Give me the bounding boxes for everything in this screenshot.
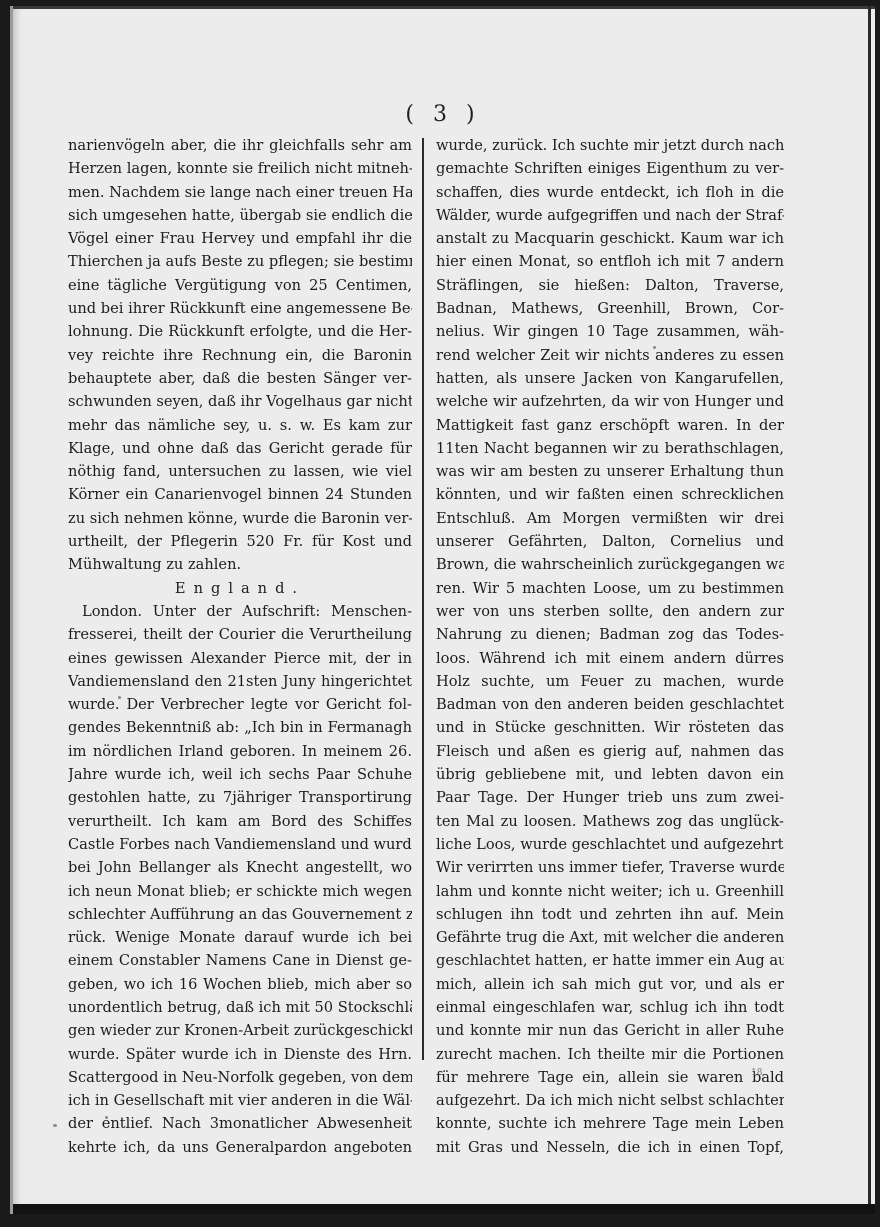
text-line: Badnan, Mathews, Greenhill, Brown, Cor- (436, 297, 784, 320)
text-line: urtheilt, der Pflegerin 520 Fr. für Kost… (68, 530, 412, 553)
text-line: unserer Gefährten, Dalton, Cornelius und (436, 530, 784, 553)
text-line: Vögel einer Frau Hervey und empfahl ihr … (68, 227, 412, 250)
text-line: Klage, und ohne daß das Gericht gerade f… (68, 437, 412, 460)
text-line: wurde, zurück. Ich suchte mir jetzt durc… (436, 134, 784, 157)
text-line: lohnung. Die Rückkunft erfolgte, und die… (68, 320, 412, 343)
paper-speck (53, 1124, 57, 1127)
text-line: zu sich nehmen könne, wurde die Baronin … (68, 507, 412, 530)
text-line: gen wieder zur Kronen-Arbeit zurückgesch… (68, 1019, 412, 1042)
text-line: eines gewissen Alexander Pierce mit, der… (68, 647, 412, 670)
text-line: mehr das nämliche sey, u. s. w. Es kam z… (68, 414, 412, 437)
text-line: nelius. Wir gingen 10 Tage zusammen, wäh… (436, 320, 784, 343)
text-line: Scattergood in Neu-Norfolk gegeben, von … (68, 1066, 412, 1089)
page-top-edge (13, 6, 875, 9)
text-line: Brown, die wahrscheinlich zurückgegangen… (436, 553, 784, 576)
text-line: London. Unter der Aufschrift: Menschen- (68, 600, 412, 623)
text-line: ren. Wir 5 machten Loose, um zu bestimme… (436, 577, 784, 600)
text-line: lahm und konnte nicht weiter; ich u. Gre… (436, 880, 784, 903)
text-line: einem Constabler Namens Cane in Dienst g… (68, 949, 412, 972)
text-line: Nahrung zu dienen; Badman zog das Todes- (436, 623, 784, 646)
text-line: ich in Gesellschaft mit vier anderen in … (68, 1089, 412, 1112)
section-heading: England. (68, 577, 412, 600)
text-line: für mehrere Tage ein, allein sie waren b… (436, 1066, 784, 1089)
text-line: geschlachtet hatten, er hatte immer ein … (436, 949, 784, 972)
text-line: hier einen Monat, so entfloh ich mit 7 a… (436, 250, 784, 273)
scanned-page: ( 3 ) narienvögeln aber, die ihr gleichf… (10, 6, 875, 1214)
text-line: kehrte ich, da uns Generalpardon angebot… (68, 1136, 412, 1159)
text-line: einmal eingeschlafen war, schlug ich ihn… (436, 996, 784, 1019)
text-line: und in Stücke geschnitten. Wir rösteten … (436, 716, 784, 739)
text-line: narienvögeln aber, die ihr gleichfalls s… (68, 134, 412, 157)
page-number: ( 3 ) (393, 102, 493, 127)
text-line: verurtheilt. Ich kam am Bord des Schiffe… (68, 810, 412, 833)
text-line: wer von uns sterben sollte, den andern z… (436, 600, 784, 623)
paper-speck (653, 346, 656, 349)
text-line: Sträflingen, sie hießen: Dalton, Travers… (436, 274, 784, 297)
text-line: anstalt zu Macquarin geschickt. Kaum war… (436, 227, 784, 250)
text-line: schlechter Aufführung an das Gouvernemen… (68, 903, 412, 926)
paper-speck (105, 1116, 108, 1119)
text-line: Paar Tage. Der Hunger trieb uns zum zwei… (436, 786, 784, 809)
text-line: behauptete aber, daß die besten Sänger v… (68, 367, 412, 390)
text-line: Mattigkeit fast ganz erschöpft waren. In… (436, 414, 784, 437)
text-line: hatten, als unsere Jacken von Kangarufel… (436, 367, 784, 390)
text-line: nöthig fand, untersuchen zu lassen, wie … (68, 460, 412, 483)
left-column: narienvögeln aber, die ihr gleichfalls s… (68, 134, 412, 1159)
text-line: schwunden seyen, daß ihr Vogelhaus gar n… (68, 390, 412, 413)
text-line: Fleisch und aßen es gierig auf, nahmen d… (436, 740, 784, 763)
text-line: welche wir aufzehrten, da wir von Hunger… (436, 390, 784, 413)
text-line: und bei ihrer Rückkunft eine angemessene… (68, 297, 412, 320)
text-line: eine tägliche Vergütigung von 25 Centime… (68, 274, 412, 297)
text-line: Entschluß. Am Morgen vermißten wir drei (436, 507, 784, 530)
text-line: mich, allein ich sah mich gut vor, und a… (436, 973, 784, 996)
text-line: Jahre wurde ich, weil ich sechs Paar Sch… (68, 763, 412, 786)
text-line: aufgezehrt. Da ich mich nicht selbst sch… (436, 1089, 784, 1112)
text-line: und konnte mir nun das Gericht in aller … (436, 1019, 784, 1042)
text-line: Körner ein Canarienvogel binnen 24 Stund… (68, 483, 412, 506)
text-line: loos. Während ich mit einem andern dürre… (436, 647, 784, 670)
text-line: Mühwaltung zu zahlen. (68, 553, 412, 576)
text-line: liche Loos, wurde geschlachtet und aufge… (436, 833, 784, 856)
text-line: gestohlen hatte, zu 7jähriger Transporti… (68, 786, 412, 809)
text-line: Herzen lagen, konnte sie freilich nicht … (68, 157, 412, 180)
text-line: unordentlich betrug, daß ich mit 50 Stoc… (68, 996, 412, 1019)
column-divider (422, 138, 424, 1060)
text-line: was wir am besten zu unserer Erhaltung t… (436, 460, 784, 483)
text-line: men. Nachdem sie lange nach einer treuen… (68, 181, 412, 204)
text-line: übrig gebliebene mit, und lebten davon e… (436, 763, 784, 786)
text-line: gendes Bekenntniß ab: „Ich bin in Ferman… (68, 716, 412, 739)
text-line: rend welcher Zeit wir nichts anderes zu … (436, 344, 784, 367)
text-line: Vandiemensland den 21sten Juny hingerich… (68, 670, 412, 693)
text-line: ten Mal zu loosen. Mathews zog das unglü… (436, 810, 784, 833)
page-bottom-edge (13, 1204, 875, 1214)
corner-mark: 18 (751, 1068, 762, 1078)
text-line: schlugen ihn todt und zehrten ihn auf. M… (436, 903, 784, 926)
text-line: Holz suchte, um Feuer zu machen, wurde (436, 670, 784, 693)
text-line: mit Gras und Nesseln, die ich in einen T… (436, 1136, 784, 1159)
text-line: Wälder, wurde aufgegriffen und nach der … (436, 204, 784, 227)
text-line: im nördlichen Irland geboren. In meinem … (68, 740, 412, 763)
text-line: vey reichte ihre Rechnung ein, die Baron… (68, 344, 412, 367)
text-line: schaffen, dies wurde entdeckt, ich floh … (436, 181, 784, 204)
text-line: fresserei, theilt der Courier die Verurt… (68, 623, 412, 646)
text-line: Badman von den anderen beiden geschlacht… (436, 693, 784, 716)
text-line: geben, wo ich 16 Wochen blieb, mich aber… (68, 973, 412, 996)
text-line: 11ten Nacht begannen wir zu berathschlag… (436, 437, 784, 460)
right-column: wurde, zurück. Ich suchte mir jetzt durc… (436, 134, 784, 1159)
text-line: ich neun Monat blieb; er schickte mich w… (68, 880, 412, 903)
text-line: Thierchen ja aufs Beste zu pflegen; sie … (68, 250, 412, 273)
text-line: wurde. Später wurde ich in Dienste des H… (68, 1043, 412, 1066)
text-line: Castle Forbes nach Vandiemensland und wu… (68, 833, 412, 856)
text-line: gemachte Schriften einiges Eigenthum zu … (436, 157, 784, 180)
text-line: bei John Bellanger als Knecht angestellt… (68, 856, 412, 879)
text-line: sich umgesehen hatte, übergab sie endlic… (68, 204, 412, 227)
page-right-edge (868, 6, 871, 1214)
text-line: Wir verirrten uns immer tiefer, Traverse… (436, 856, 784, 879)
text-line: könnten, und wir faßten einen schrecklic… (436, 483, 784, 506)
paper-speck (118, 696, 121, 699)
text-line: der entlief. Nach 3monatlicher Abwesenhe… (68, 1112, 412, 1135)
text-line: Gefährte trug die Axt, mit welcher die a… (436, 926, 784, 949)
text-line: zurecht machen. Ich theilte mir die Port… (436, 1043, 784, 1066)
text-line: rück. Wenige Monate darauf wurde ich bei (68, 926, 412, 949)
text-line: konnte, suchte ich mehrere Tage mein Leb… (436, 1112, 784, 1135)
